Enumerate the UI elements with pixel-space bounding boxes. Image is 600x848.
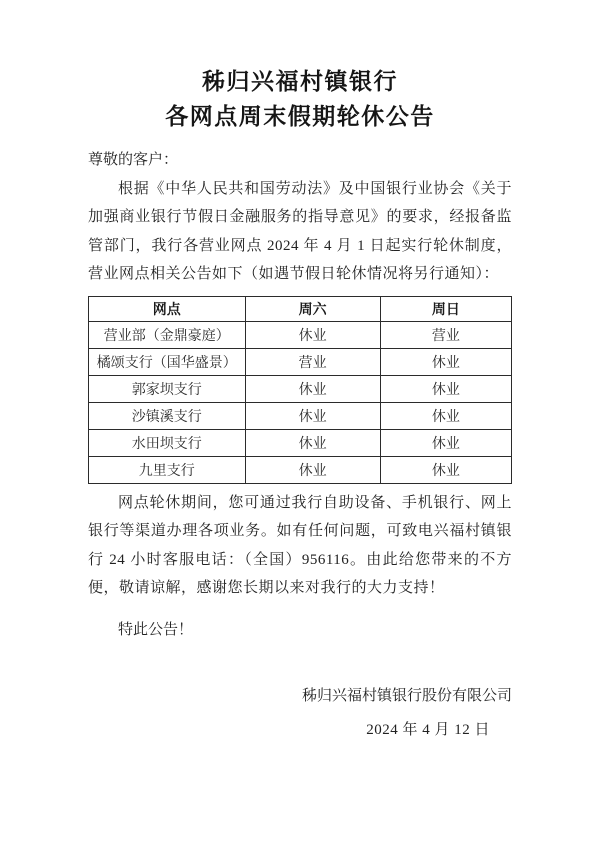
- document-title: 秭归兴福村镇银行 各网点周末假期轮休公告: [88, 64, 512, 134]
- branch-table-head: 网点 周六 周日: [89, 296, 512, 321]
- table-row: 水田坝支行休业休业: [89, 429, 512, 456]
- table-row: 营业部（金鼎豪庭）休业营业: [89, 321, 512, 348]
- table-header-row: 网点 周六 周日: [89, 296, 512, 321]
- branch-name-cell: 九里支行: [89, 456, 246, 483]
- branch-schedule-table: 网点 周六 周日 营业部（金鼎豪庭）休业营业橘颂支行（国华盛景）营业休业郭家坝支…: [88, 296, 512, 484]
- saturday-status-cell: 休业: [245, 456, 380, 483]
- sunday-status-cell: 休业: [380, 375, 511, 402]
- signature-date: 2024 年 4 月 12 日: [88, 716, 512, 745]
- table-row: 九里支行休业休业: [89, 456, 512, 483]
- sunday-status-cell: 休业: [380, 402, 511, 429]
- column-header-saturday: 周六: [245, 296, 380, 321]
- announcement-title: 各网点周末假期轮休公告: [88, 99, 512, 134]
- column-header-branch: 网点: [89, 296, 246, 321]
- branch-name-cell: 橘颂支行（国华盛景）: [89, 348, 246, 375]
- paragraph-intro: 根据《中华人民共和国劳动法》及中国银行业协会《关于加强商业银行节假日金融服务的指…: [88, 175, 512, 289]
- branch-name-cell: 沙镇溪支行: [89, 402, 246, 429]
- salutation: 尊敬的客户：: [88, 146, 512, 175]
- saturday-status-cell: 休业: [245, 321, 380, 348]
- sunday-status-cell: 营业: [380, 321, 511, 348]
- paragraph-service-info: 网点轮休期间，您可通过我行自助设备、手机银行、网上银行等渠道办理各项业务。如有任…: [88, 489, 512, 603]
- signature-block: 秭归兴福村镇银行股份有限公司 2024 年 4 月 12 日: [88, 682, 512, 744]
- branch-name-cell: 水田坝支行: [89, 429, 246, 456]
- saturday-status-cell: 休业: [245, 402, 380, 429]
- branch-name-cell: 营业部（金鼎豪庭）: [89, 321, 246, 348]
- signature-company: 秭归兴福村镇银行股份有限公司: [88, 682, 512, 711]
- column-header-sunday: 周日: [380, 296, 511, 321]
- table-row: 郭家坝支行休业休业: [89, 375, 512, 402]
- sunday-status-cell: 休业: [380, 429, 511, 456]
- announcement-page: 秭归兴福村镇银行 各网点周末假期轮休公告 尊敬的客户： 根据《中华人民共和国劳动…: [0, 0, 600, 848]
- sunday-status-cell: 休业: [380, 456, 511, 483]
- bank-name-title: 秭归兴福村镇银行: [88, 64, 512, 99]
- saturday-status-cell: 休业: [245, 375, 380, 402]
- branch-name-cell: 郭家坝支行: [89, 375, 246, 402]
- table-row: 橘颂支行（国华盛景）营业休业: [89, 348, 512, 375]
- saturday-status-cell: 营业: [245, 348, 380, 375]
- branch-table-body: 营业部（金鼎豪庭）休业营业橘颂支行（国华盛景）营业休业郭家坝支行休业休业沙镇溪支…: [89, 321, 512, 483]
- saturday-status-cell: 休业: [245, 429, 380, 456]
- closing-statement: 特此公告！: [88, 616, 512, 645]
- table-row: 沙镇溪支行休业休业: [89, 402, 512, 429]
- sunday-status-cell: 休业: [380, 348, 511, 375]
